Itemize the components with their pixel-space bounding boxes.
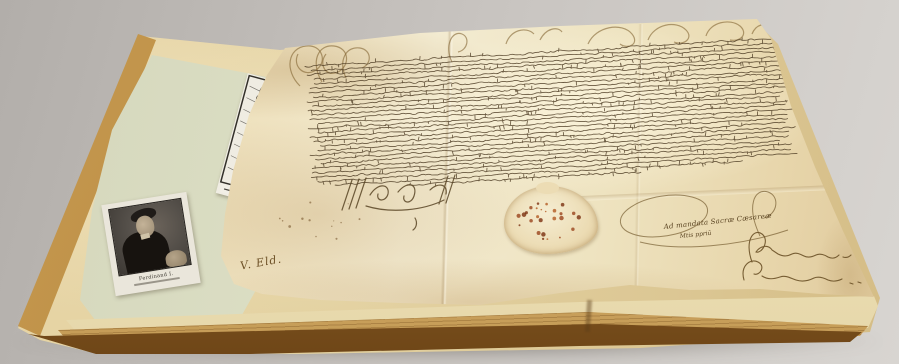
fold-crease-vertical: [440, 26, 453, 306]
attestation-line2: Mtis ppriū: [678, 230, 711, 240]
wax-seal: [504, 186, 598, 254]
royal-signature: [342, 175, 455, 230]
fold-crease-vertical-2: [634, 24, 644, 292]
stain-speckles: [279, 201, 361, 239]
photograph-scene: Ferdinand I.: [0, 0, 899, 364]
portrait-print: Ferdinand I.: [101, 192, 200, 296]
portrait-image: [108, 198, 192, 277]
secretary-signatures: [743, 232, 861, 284]
archival-note: V. Eld.: [239, 252, 283, 272]
text-block: [304, 34, 798, 194]
seal-speckles-svg: [504, 186, 598, 254]
attestation-line1: Ad mandata Sacræ Cæsareæ: [662, 212, 772, 231]
